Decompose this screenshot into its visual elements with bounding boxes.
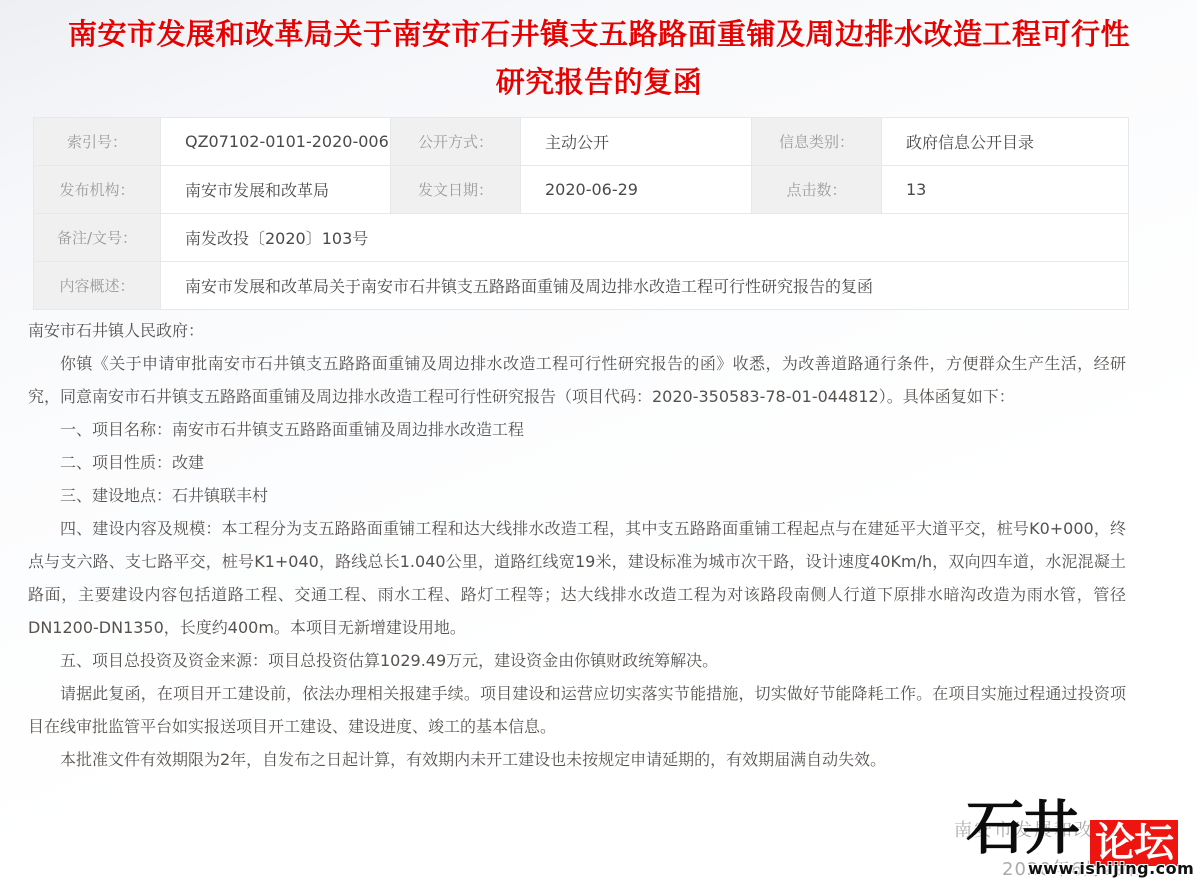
paragraph-instructions: 请据此复函，在项目开工建设前，依法办理相关报建手续。项目建设和运营应切实落实节能… [28,677,1126,743]
click-count-label: 点击数： [752,166,882,214]
shijing-forum-url: www.ishijing.com [1028,859,1194,878]
item-4-scope: 四、建设内容及规模：本工程分为支五路路面重铺工程和达大线排水改造工程，其中支五路… [28,512,1126,644]
salutation: 南安市石井镇人民政府： [28,314,1126,347]
index-number-value: QZ07102-0101-2020-00630 [161,118,391,166]
doc-number-value: 南发改投〔2020〕103号 [161,214,1129,262]
item-5-investment: 五、项目总投资及资金来源：项目总投资估算1029.49万元，建设资金由你镇财政统… [28,644,1126,677]
page-title-line2: 研究报告的复函 [0,58,1198,106]
info-row-4: 内容概述： 南安市发展和改革局关于南安市石井镇支五路路面重铺及周边排水改造工程可… [34,262,1129,310]
shijing-forum-logo: 石井 [966,799,1078,857]
issuing-agency-label: 发布机构： [34,166,161,214]
item-3-location: 三、建设地点：石井镇联丰村 [28,479,1126,512]
document-body: 南安市石井镇人民政府： 你镇《关于申请审批南安市石井镇支五路路面重铺及周边排水改… [28,314,1126,776]
content-summary-label: 内容概述： [34,262,161,310]
paragraph-intro: 你镇《关于申请审批南安市石井镇支五路路面重铺及周边排水改造工程可行性研究报告的函… [28,347,1126,413]
page-title: 南安市发展和改革局关于南安市石井镇支五路路面重铺及周边排水改造工程可行性 研究报… [0,10,1198,106]
document-info-table: 索引号： QZ07102-0101-2020-00630 公开方式： 主动公开 … [33,117,1129,310]
issue-date-label: 发文日期： [391,166,521,214]
info-row-1: 索引号： QZ07102-0101-2020-00630 公开方式： 主动公开 … [34,118,1129,166]
content-summary-value: 南安市发展和改革局关于南安市石井镇支五路路面重铺及周边排水改造工程可行性研究报告… [161,262,1129,310]
info-row-3: 备注/文号： 南发改投〔2020〕103号 [34,214,1129,262]
paragraph-validity: 本批准文件有效期限为2年，自发布之日起计算，有效期内未开工建设也未按规定申请延期… [28,743,1126,776]
issue-date-value: 2020-06-29 [521,166,752,214]
page-title-line1: 南安市发展和改革局关于南安市石井镇支五路路面重铺及周边排水改造工程可行性 [0,10,1198,58]
item-2-project-nature: 二、项目性质：改建 [28,446,1126,479]
click-count-value: 13 [882,166,1129,214]
info-category-value: 政府信息公开目录 [882,118,1129,166]
disclosure-method-value: 主动公开 [521,118,752,166]
doc-number-label: 备注/文号： [34,214,161,262]
issuing-agency-value: 南安市发展和改革局 [161,166,391,214]
disclosure-method-label: 公开方式： [391,118,521,166]
info-row-2: 发布机构： 南安市发展和改革局 发文日期： 2020-06-29 点击数： 13 [34,166,1129,214]
footer: 南安市发展和改革局 2020年6月29日 石井 论坛 www.ishijing.… [940,803,1198,885]
index-number-label: 索引号： [34,118,161,166]
item-1-project-name: 一、项目名称：南安市石井镇支五路路面重铺及周边排水改造工程 [28,413,1126,446]
info-category-label: 信息类别： [752,118,882,166]
